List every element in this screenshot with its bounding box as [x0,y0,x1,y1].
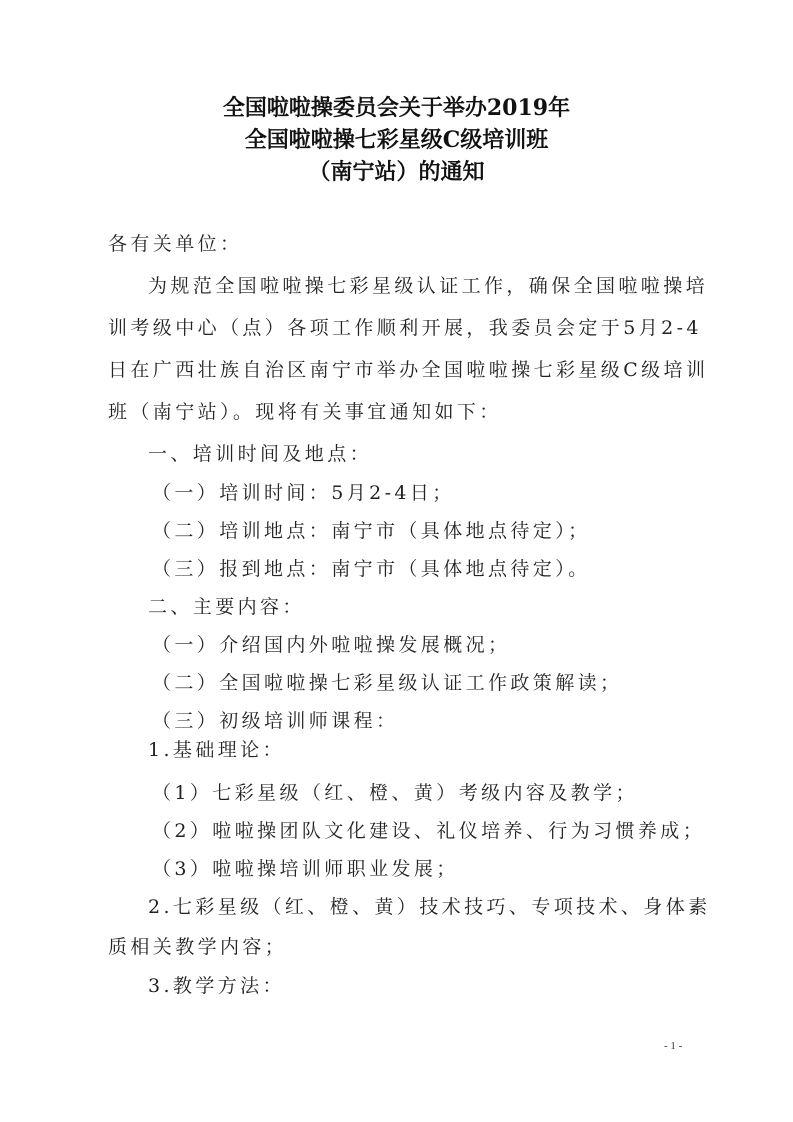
sub3-heading: 3.教学方法： [148,974,285,998]
sub2-line-1: 2.七彩星级（红、橙、黄）技术技巧、专项技术、身体素 [148,895,711,919]
sub2-line-2: 质相关教学内容； [108,935,287,959]
section1-item-1: （一）培训时间：5月2-4日； [152,481,455,505]
section2-item-2: （二）全国啦啦操七彩星级认证工作政策解读； [152,671,622,695]
section1-item-2: （二）培训地点：南宁市（具体地点待定）； [152,519,591,543]
title-line-3: （南宁站）的通知 [0,156,793,188]
sub1-item-2: （2）啦啦操团队文化建设、礼仪培养、行为习惯养成； [152,819,705,843]
document-page: 全国啦啦操委员会关于举办2019年 全国啦啦操七彩星级C级培训班 （南宁站）的通… [0,0,793,1122]
intro-line-3: 日在广西壮族自治区南宁市举办全国啦啦操七彩星级C级培训 [108,358,708,382]
sub1-item-1: （1）七彩星级（红、橙、黄）考级内容及教学； [152,781,638,805]
sub1-item-3: （3）啦啦操培训师职业发展； [152,857,459,881]
intro-line-1: 为规范全国啦啦操七彩星级认证工作，确保全国啦啦操培 [148,274,708,298]
section2-item-1: （一）介绍国内外啦啦操发展概况； [152,633,510,657]
section2-item-3: （三）初级培训师课程： [152,709,398,733]
page-number: - 1 - [664,1040,682,1052]
title-line-1: 全国啦啦操委员会关于举办2019年 [0,92,793,124]
intro-line-2: 训考级中心（点）各项工作顺利开展，我委员会定于5月2-4 [108,316,702,340]
intro-line-4: 班（南宁站）。现将有关事宜通知如下： [108,400,502,424]
salutation: 各有关单位： [108,232,242,256]
section1-heading: 一、培训时间及地点： [148,442,372,466]
section2-heading: 二、主要内容： [148,595,305,619]
sub1-heading: 1.基础理论： [148,738,285,762]
title-line-2: 全国啦啦操七彩星级C级培训班 [0,124,793,156]
section1-item-3: （三）报到地点：南宁市（具体地点待定）。 [152,557,591,581]
